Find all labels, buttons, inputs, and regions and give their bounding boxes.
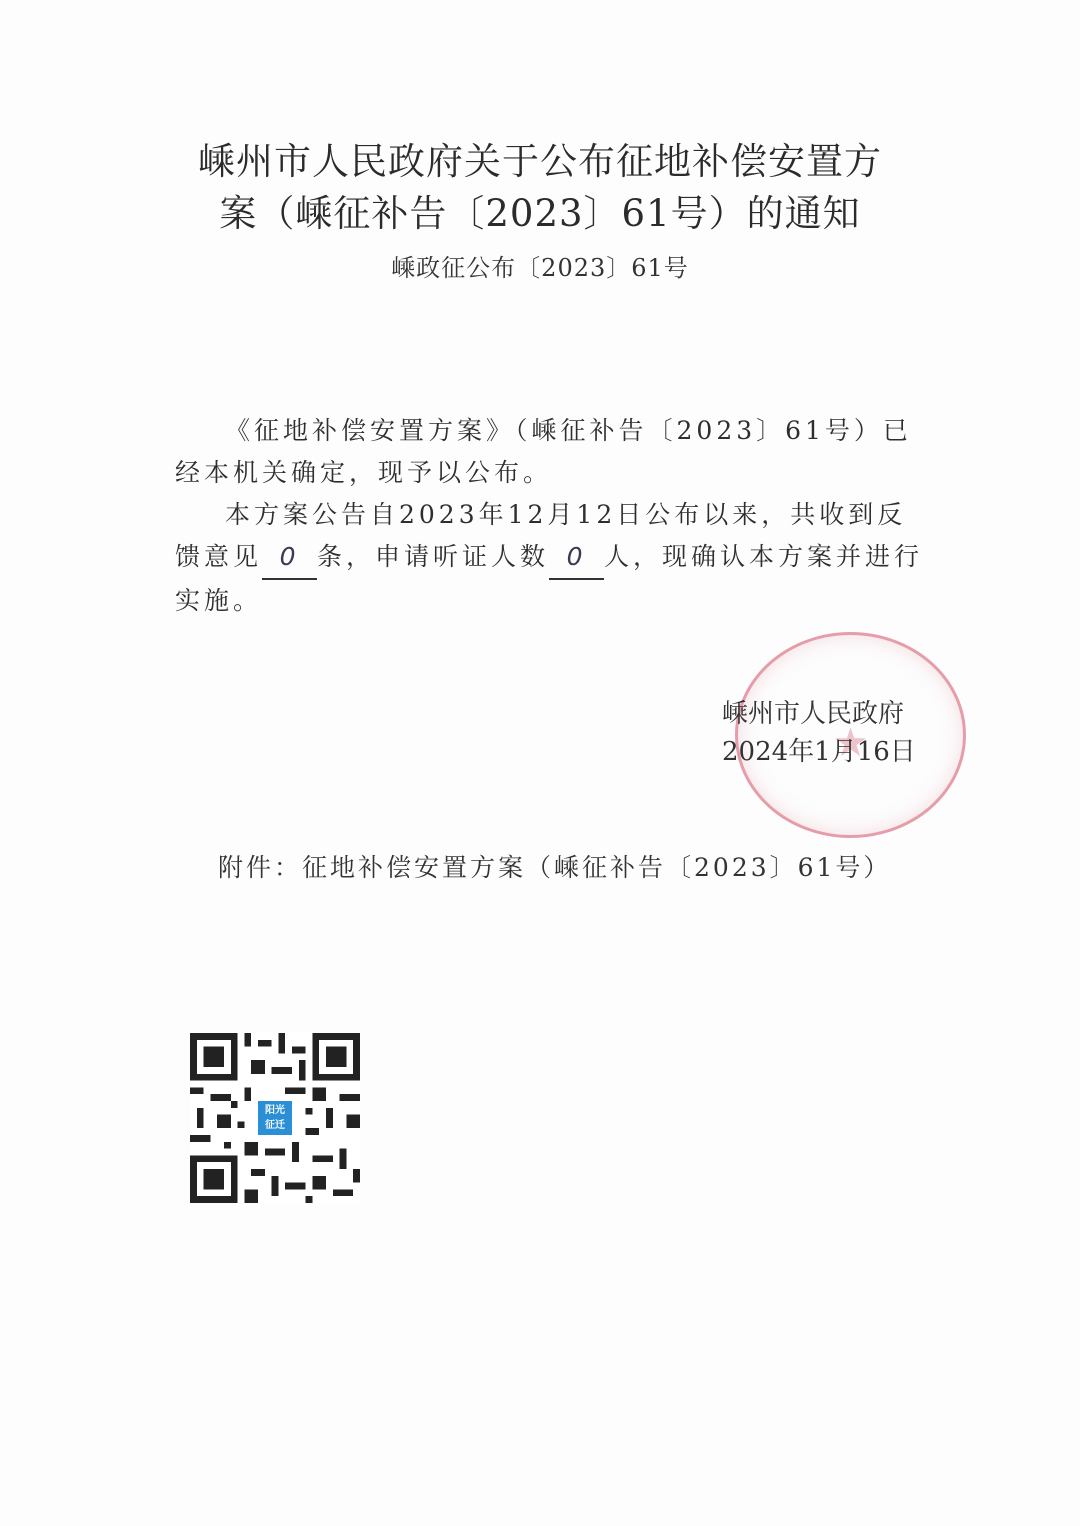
paragraph-1: 《征地补偿安置方案》（嵊征补告〔2023〕61号）已经本机关确定，现予以公布。 bbox=[175, 410, 925, 494]
document-number: 嵊政征公布〔2023〕61号 bbox=[0, 248, 1080, 283]
signer: 嵊州市人民政府 bbox=[722, 695, 916, 733]
qr-code: 阳光 征迁 bbox=[190, 1033, 360, 1203]
document-body: 《征地补偿安置方案》（嵊征补告〔2023〕61号）已经本机关确定，现予以公布。 … bbox=[175, 410, 925, 622]
qr-logo-line-1: 阳光 bbox=[258, 1103, 292, 1118]
title-line-2: 案（嵊征补告〔2023〕61号）的通知 bbox=[150, 188, 930, 240]
qr-logo: 阳光 征迁 bbox=[258, 1101, 292, 1135]
qr-logo-line-2: 征迁 bbox=[258, 1118, 292, 1133]
paragraph-2: 本方案公告自2023年12月12日公布以来，共收到反馈意见0条，申请听证人数0人… bbox=[175, 494, 925, 622]
title-line-1: 嵊州市人民政府关于公布征地补偿安置方 bbox=[150, 136, 930, 188]
feedback-count-handwritten: 0 bbox=[262, 536, 317, 580]
sign-date: 2024年1月16日 bbox=[722, 733, 916, 771]
signature-block: 嵊州市人民政府 2024年1月16日 bbox=[722, 695, 916, 771]
attachment-note: 附件：征地补偿安置方案（嵊征补告〔2023〕61号） bbox=[218, 848, 891, 884]
hearing-count-handwritten: 0 bbox=[549, 536, 604, 580]
document-title: 嵊州市人民政府关于公布征地补偿安置方 案（嵊征补告〔2023〕61号）的通知 bbox=[150, 136, 930, 240]
para2-text-b: 条，申请听证人数 bbox=[317, 542, 549, 571]
